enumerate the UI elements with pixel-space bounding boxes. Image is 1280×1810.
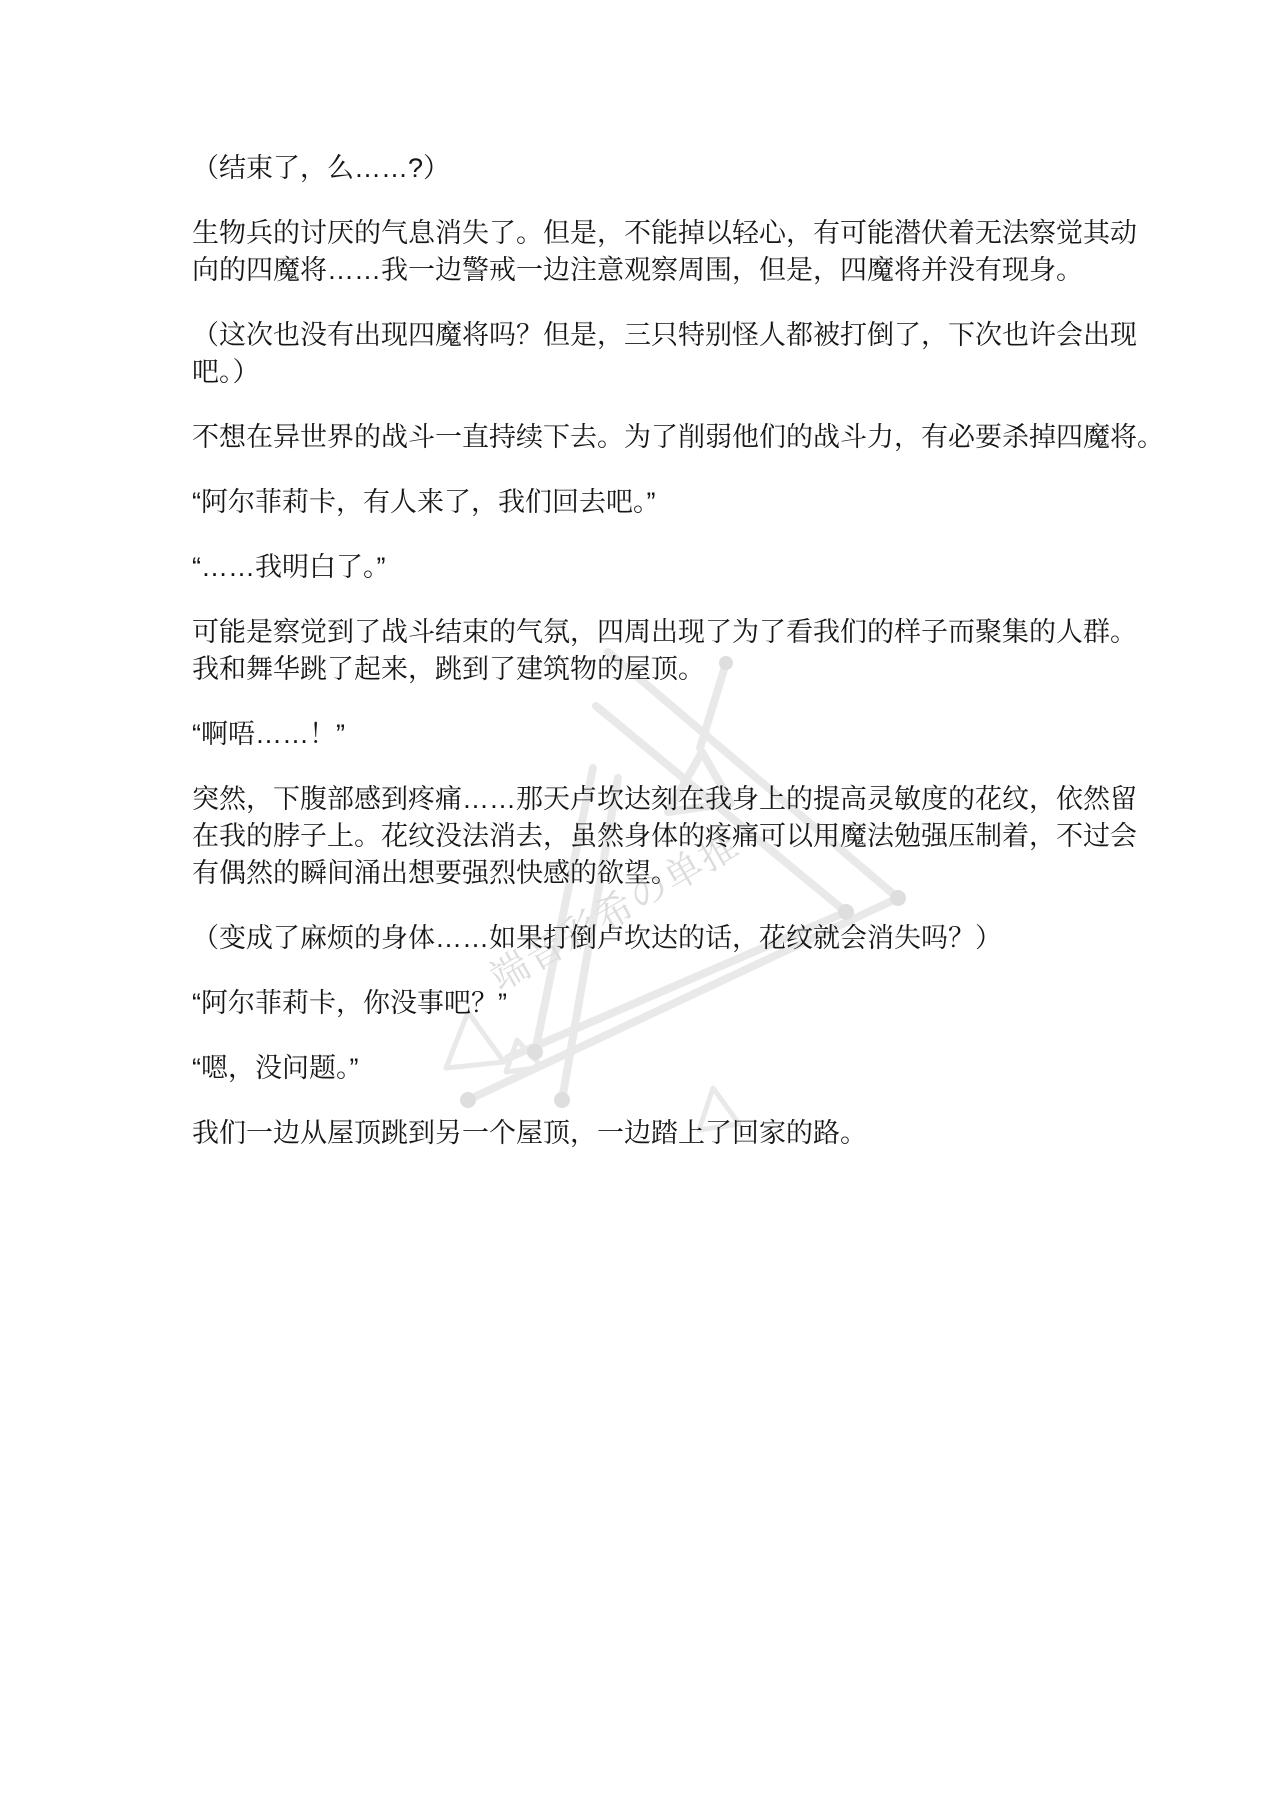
text-line: “阿尔菲莉卡，你没事吧？”: [192, 985, 1122, 1022]
paragraph: （结束了，么……?）: [192, 150, 1122, 187]
text-line: （这次也没有出现四魔将吗？但是，三只特别怪人都被打倒了，下次也许会出现: [192, 317, 1122, 354]
paragraph: 突然，下腹部感到疼痛……那天卢坎达刻在我身上的提高灵敏度的花纹，依然留在我的脖子…: [192, 781, 1122, 892]
document-page: 端音彩希の单推 （结束了，么……?）生物兵的讨厌的气息消失了。但是，不能掉以轻心…: [0, 0, 1280, 1810]
text-line: 在我的脖子上。花纹没法消去，虽然身体的疼痛可以用魔法勉强压制着，不过会: [192, 818, 1122, 855]
text-line: 我们一边从屋顶跳到另一个屋顶，一边踏上了回家的路。: [192, 1115, 1122, 1152]
text-line: “嗯，没问题。”: [192, 1050, 1122, 1087]
page-content: （结束了，么……?）生物兵的讨厌的气息消失了。但是，不能掉以轻心，有可能潜伏着无…: [192, 150, 1122, 1180]
paragraph: “啊唔……！”: [192, 716, 1122, 753]
paragraph: “阿尔菲莉卡，你没事吧？”: [192, 985, 1122, 1022]
paragraph: 不想在异世界的战斗一直持续下去。为了削弱他们的战斗力，有必要杀掉四魔将。: [192, 419, 1122, 456]
paragraph: （变成了麻烦的身体……如果打倒卢坎达的话，花纹就会消失吗？）: [192, 920, 1122, 957]
text-line: 可能是察觉到了战斗结束的气氛，四周出现了为了看我们的样子而聚集的人群。: [192, 614, 1122, 651]
text-line: 生物兵的讨厌的气息消失了。但是，不能掉以轻心，有可能潜伏着无法察觉其动: [192, 215, 1122, 252]
text-line: “阿尔菲莉卡，有人来了，我们回去吧。”: [192, 484, 1122, 521]
text-line: 不想在异世界的战斗一直持续下去。为了削弱他们的战斗力，有必要杀掉四魔将。: [192, 419, 1122, 456]
paragraph: “阿尔菲莉卡，有人来了，我们回去吧。”: [192, 484, 1122, 521]
paragraph: （这次也没有出现四魔将吗？但是，三只特别怪人都被打倒了，下次也许会出现吧。）: [192, 317, 1122, 391]
text-line: 我和舞华跳了起来，跳到了建筑物的屋顶。: [192, 651, 1122, 688]
text-line: （结束了，么……?）: [192, 150, 1122, 187]
paragraph: “……我明白了。”: [192, 549, 1122, 586]
paragraph: 可能是察觉到了战斗结束的气氛，四周出现了为了看我们的样子而聚集的人群。我和舞华跳…: [192, 614, 1122, 688]
text-line: 突然，下腹部感到疼痛……那天卢坎达刻在我身上的提高灵敏度的花纹，依然留: [192, 781, 1122, 818]
text-line: 吧。）: [192, 354, 1122, 391]
paragraph: 生物兵的讨厌的气息消失了。但是，不能掉以轻心，有可能潜伏着无法察觉其动向的四魔将…: [192, 215, 1122, 289]
text-line: “……我明白了。”: [192, 549, 1122, 586]
text-line: （变成了麻烦的身体……如果打倒卢坎达的话，花纹就会消失吗？）: [192, 920, 1122, 957]
text-line: “啊唔……！”: [192, 716, 1122, 753]
paragraph: 我们一边从屋顶跳到另一个屋顶，一边踏上了回家的路。: [192, 1115, 1122, 1152]
text-line: 有偶然的瞬间涌出想要强烈快感的欲望。: [192, 855, 1122, 892]
paragraph: “嗯，没问题。”: [192, 1050, 1122, 1087]
text-line: 向的四魔将……我一边警戒一边注意观察周围，但是，四魔将并没有现身。: [192, 252, 1122, 289]
